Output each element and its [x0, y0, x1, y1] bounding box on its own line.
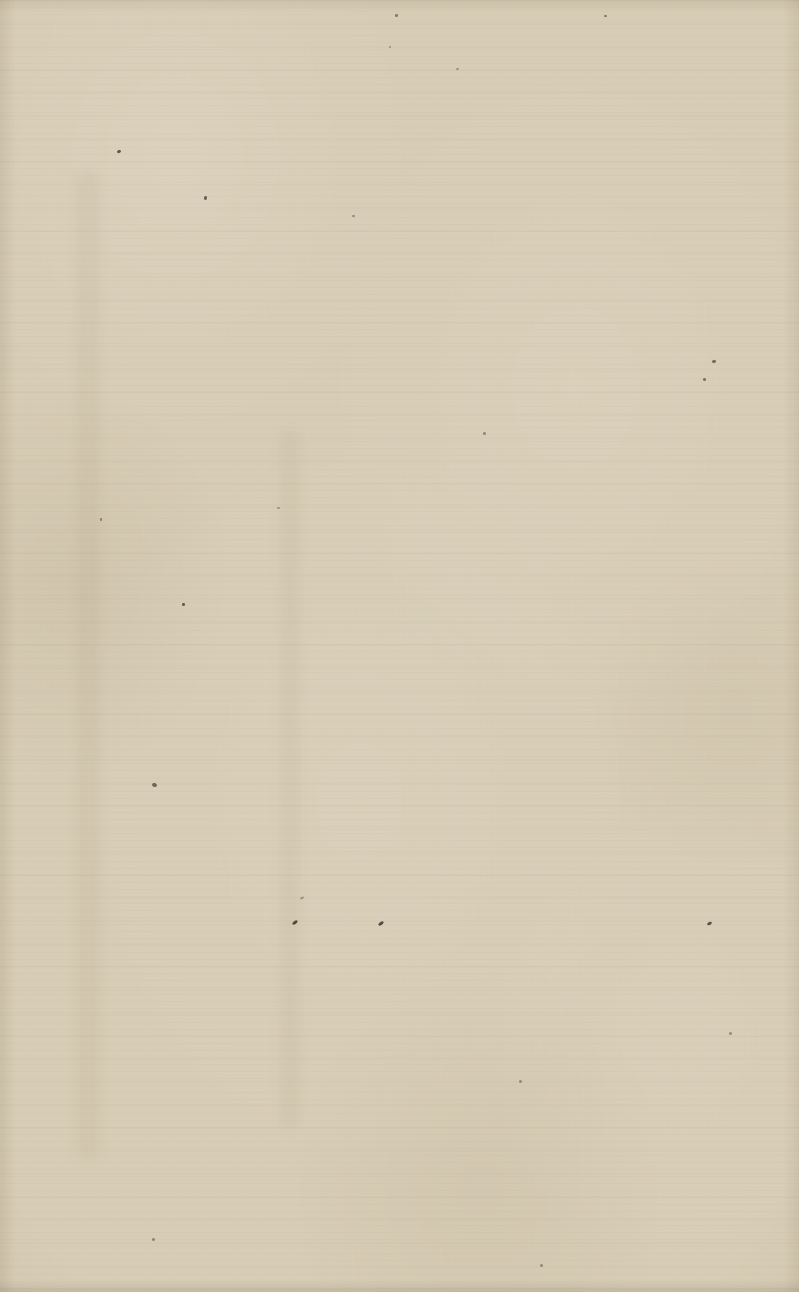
ink-speck — [182, 603, 185, 606]
paper-fiber-texture — [0, 0, 799, 1292]
ink-speck — [100, 518, 102, 521]
ink-speck — [389, 46, 391, 48]
ink-speck — [519, 1080, 522, 1083]
ink-speck — [378, 921, 385, 927]
paper-mottling — [0, 0, 799, 1292]
paper-fold-shading — [280, 430, 300, 1130]
ink-speck — [277, 507, 280, 509]
scanned-page — [0, 0, 799, 1292]
ink-speck — [707, 921, 713, 926]
ink-speck — [152, 1238, 155, 1241]
ink-speck — [712, 360, 717, 364]
ink-speck — [456, 68, 460, 71]
paper-fold-shading — [76, 170, 100, 1160]
ink-speck — [540, 1264, 543, 1267]
ink-speck — [204, 196, 208, 200]
ink-speck — [604, 15, 607, 17]
ink-speck — [117, 149, 122, 153]
ink-speck — [151, 782, 157, 787]
ink-speck — [352, 215, 355, 217]
ink-speck — [300, 896, 304, 900]
ink-speck — [729, 1032, 732, 1035]
ink-speck — [395, 14, 398, 17]
fold-shading-group — [0, 0, 799, 1292]
page-edge-vignette — [0, 0, 799, 1292]
ink-speck — [703, 378, 706, 381]
ink-speck — [483, 432, 486, 435]
ink-speck-group — [0, 0, 799, 1292]
ink-speck — [292, 920, 299, 926]
